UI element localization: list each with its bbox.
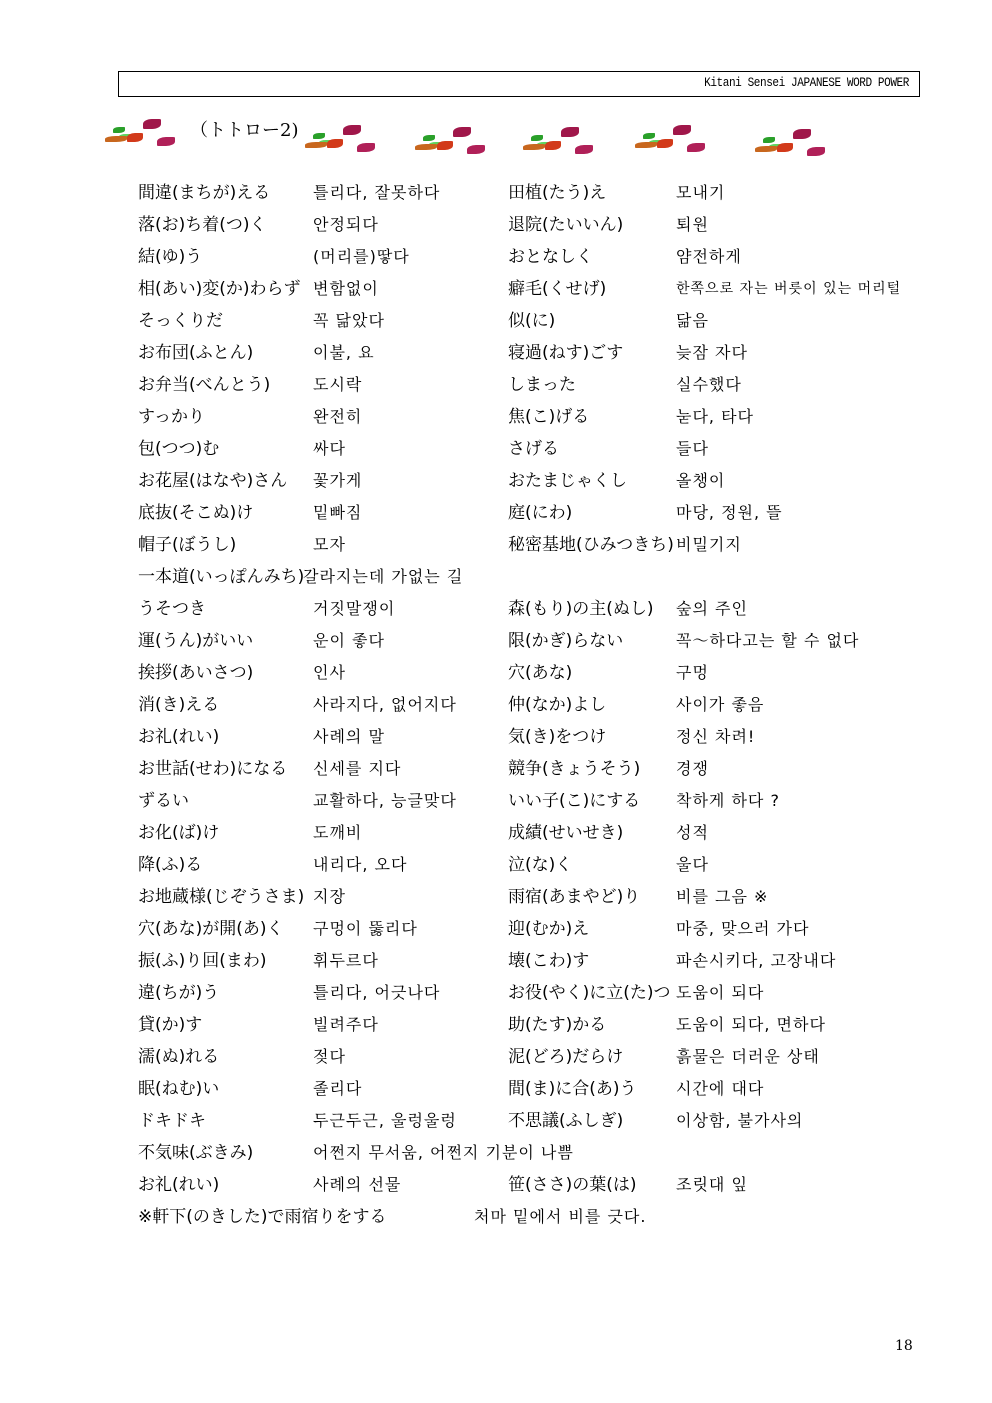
vocab-row: 間違(まちが)える틀리다, 잘못하다田植(たう)え모내기 [138,179,938,211]
korean-meaning: 사례의 말 [313,723,385,751]
autumn-leaves-icon [105,117,185,147]
japanese-term: 庭(にわ) [508,499,572,527]
japanese-term: 消(き)える [138,691,219,719]
japanese-term: 濡(ぬ)れる [138,1043,219,1071]
japanese-term: 不思議(ふしぎ) [508,1107,623,1135]
japanese-term: 結(ゆ)う [138,243,202,271]
korean-meaning: 흙물은 더러운 상태 [676,1043,820,1071]
korean-meaning: 구멍 [676,659,709,687]
korean-meaning: 비를 그음 ※ [676,883,768,911]
korean-meaning: 빌려주다 [313,1011,379,1039]
korean-meaning: 젖다 [313,1043,346,1071]
japanese-term: 落(お)ち着(つ)く [138,211,267,239]
japanese-term: 降(ふ)る [138,851,202,879]
vocab-row: うそつき거짓말쟁이森(もり)の主(ぬし)숲의 주인 [138,595,938,627]
japanese-term: おとなしく [508,243,593,271]
japanese-term: 退院(たいいん) [508,211,623,239]
korean-meaning: 파손시키다, 고장내다 [676,947,836,975]
vocab-row: ずるい교활하다, 능글맞다いい子(こ)にする착하게 하다 ? [138,787,938,819]
korean-meaning: 사라지다, 없어지다 [313,691,457,719]
japanese-term: さげる [508,435,559,463]
korean-meaning: 이상함, 불가사의 [676,1107,803,1135]
vocab-row: 包(つつ)む싸다さげる들다 [138,435,938,467]
korean-meaning: 갈라지는데 가없는 길 [303,563,463,591]
korean-meaning: 정신 차려! [676,723,755,751]
korean-meaning: 퇴원 [676,211,709,239]
korean-meaning: 틀리다, 잘못하다 [313,179,440,207]
korean-meaning: 시간에 대다 [676,1075,764,1103]
autumn-leaves-icon [415,125,495,155]
japanese-term: 間違(まちが)える [138,179,270,207]
vocab-row: お弁当(べんとう)도시락しまった실수했다 [138,371,938,403]
korean-meaning: 도움이 되다, 면하다 [676,1011,826,1039]
vocab-row: 帽子(ぼうし)모자秘密基地(ひみつきち)비밀기지 [138,531,938,563]
japanese-term: お花屋(はなや)さん [138,467,287,495]
japanese-term: うそつき [138,595,206,623]
japanese-term: 寝過(ねす)ごす [508,339,623,367]
korean-meaning: 어쩐지 무서움, 어쩐지 기분이 나쁨 [313,1139,574,1167]
japanese-term: 迎(むか)え [508,915,589,943]
japanese-term: おたまじゃくし [508,467,627,495]
vocab-row: お礼(れい)사례의 말気(き)をつけ정신 차려! [138,723,938,755]
korean-meaning: 한쪽으로 자는 버릇이 있는 머리털 [676,275,901,303]
vocab-row: お世話(せわ)になる신세를 지다競争(きょうそう)경쟁 [138,755,938,787]
korean-meaning: 구멍이 뚫리다 [313,915,418,943]
korean-meaning: 성적 [676,819,709,847]
japanese-term: 泣(な)く [508,851,572,879]
japanese-term: 運(うん)がいい [138,627,253,655]
japanese-term: 相(あい)変(か)わらず [138,275,301,303]
korean-meaning: 늦잠 자다 [676,339,748,367]
japanese-term: お化(ば)け [138,819,219,847]
vocab-row: 落(お)ち着(つ)く안정되다退院(たいいん)퇴원 [138,211,938,243]
korean-meaning: 틀리다, 어긋나다 [313,979,440,1007]
korean-meaning: 눋다, 타다 [676,403,754,431]
japanese-term: 癖毛(くせげ) [508,275,606,303]
vocab-row: お花屋(はなや)さん꽃가게おたまじゃくし올챙이 [138,467,938,499]
korean-meaning: 두근두근, 울렁울렁 [313,1107,457,1135]
japanese-term: 間(ま)に合(あ)う [508,1075,637,1103]
vocab-row: 底抜(そこぬ)け밑빠짐庭(にわ)마당, 정원, 뜰 [138,499,938,531]
japanese-term: ドキドキ [138,1107,206,1135]
vocab-row: 降(ふ)る내리다, 오다泣(な)く울다 [138,851,938,883]
korean-meaning: 꽃가게 [313,467,362,495]
section-title-row: （トトロー2) [105,113,845,153]
japanese-term: お地蔵様(じぞうさま) [138,883,304,911]
vocab-row: ドキドキ두근두근, 울렁울렁不思議(ふしぎ)이상함, 불가사의 [138,1107,938,1139]
vocab-row: すっかり완전히焦(こ)げる눋다, 타다 [138,403,938,435]
vocab-row: 一本道(いっぽんみち)갈라지는데 가없는 길 [138,563,938,595]
korean-meaning: 안정되다 [313,211,379,239]
japanese-term: 限(かぎ)らない [508,627,623,655]
vocab-row: 穴(あな)が開(あ)く구멍이 뚫리다迎(むか)え마중, 맞으러 가다 [138,915,938,947]
japanese-term: 似(に) [508,307,555,335]
korean-meaning: 내리다, 오다 [313,851,407,879]
korean-meaning: 인사 [313,659,346,687]
japanese-term: 競争(きょうそう) [508,755,640,783]
japanese-term: 穴(あな)が開(あ)く [138,915,284,943]
korean-meaning: 꼭 닮았다 [313,307,385,335]
korean-meaning: 마당, 정원, 뜰 [676,499,783,527]
korean-meaning: 완전히 [313,403,362,431]
korean-meaning: 밑빠짐 [313,499,362,527]
korean-meaning: 싸다 [313,435,346,463]
vocab-row: お礼(れい)사례의 선물笹(ささ)の葉(は)조릿대 잎 [138,1171,938,1203]
korean-meaning: 도시락 [313,371,362,399]
korean-meaning: 이불, 요 [313,339,375,367]
japanese-term: 貸(か)す [138,1011,202,1039]
korean-meaning: 변함없이 [313,275,379,303]
korean-meaning: 얌전하게 [676,243,742,271]
japanese-term: 不気味(ぶきみ) [138,1139,253,1167]
korean-meaning: 운이 좋다 [313,627,385,655]
korean-meaning: 교활하다, 능글맞다 [313,787,457,815]
japanese-term: 秘密基地(ひみつきち) [508,531,674,559]
japanese-term: お世話(せわ)になる [138,755,287,783]
korean-meaning: 휘두르다 [313,947,379,975]
vocab-row: そっくりだ꼭 닮았다似(に)닮음 [138,307,938,339]
vocab-row: お化(ば)け도깨비成績(せいせき)성적 [138,819,938,851]
korean-meaning: 경쟁 [676,755,709,783]
japanese-term: お礼(れい) [138,1171,219,1199]
korean-meaning: 착하게 하다 ? [676,787,780,815]
japanese-term: 助(たす)かる [508,1011,606,1039]
vocab-row: 運(うん)がいい운이 좋다限(かぎ)らない꼭～하다고는 할 수 없다 [138,627,938,659]
korean-meaning: 졸리다 [313,1075,362,1103]
japanese-term: いい子(こ)にする [508,787,640,815]
korean-meaning: 꼭～하다고는 할 수 없다 [676,627,859,655]
vocab-row: 貸(か)す빌려주다助(たす)かる도움이 되다, 면하다 [138,1011,938,1043]
vocab-row: 違(ちが)う틀리다, 어긋나다お役(やく)に立(た)つ도움이 되다 [138,979,938,1011]
japanese-term: ずるい [138,787,189,815]
japanese-term: 穴(あな) [508,659,572,687]
japanese-term: お弁当(べんとう) [138,371,270,399]
korean-meaning: 모자 [313,531,346,559]
japanese-term: すっかり [138,403,205,431]
korean-meaning: 거짓말쟁이 [313,595,395,623]
vocab-row: お布団(ふとん)이불, 요寝過(ねす)ごす늦잠 자다 [138,339,938,371]
japanese-term: 挨拶(あいさつ) [138,659,253,687]
japanese-term: 気(き)をつけ [508,723,606,751]
japanese-term: 田植(たう)え [508,179,606,207]
japanese-term: 壊(こわ)す [508,947,589,975]
japanese-term: お役(やく)に立(た)つ [508,979,671,1007]
autumn-leaves-icon [755,127,835,157]
korean-meaning: 신세를 지다 [313,755,401,783]
korean-meaning: 조릿대 잎 [676,1171,748,1199]
vocab-row: 消(き)える사라지다, 없어지다仲(なか)よし사이가 좋음 [138,691,938,723]
section-title: （トトロー2) [190,116,298,142]
note-japanese: ※軒下(のきした)で雨宿りをする [138,1203,387,1231]
korean-meaning: 마중, 맞으러 가다 [676,915,809,943]
page-number: 18 [895,1338,913,1354]
vocab-row: 結(ゆ)う(머리를)땋다おとなしく얌전하게 [138,243,938,275]
vocab-row: 濡(ぬ)れる젖다泥(どろ)だらけ흙물은 더러운 상태 [138,1043,938,1075]
running-header: Kitani Sensei JAPANESE WORD POWER [118,71,920,97]
vocab-row: 眠(ねむ)い졸리다間(ま)に合(あ)う시간에 대다 [138,1075,938,1107]
korean-meaning: 실수했다 [676,371,742,399]
vocab-row: 挨拶(あいさつ)인사穴(あな)구멍 [138,659,938,691]
vocab-row: 振(ふ)り回(まわ)휘두르다壊(こわ)す파손시키다, 고장내다 [138,947,938,979]
korean-meaning: 도깨비 [313,819,362,847]
japanese-term: 包(つつ)む [138,435,219,463]
vocabulary-list: 間違(まちが)える틀리다, 잘못하다田植(たう)え모내기落(お)ち着(つ)く안정… [138,179,938,1203]
vocab-row: 不気味(ぶきみ)어쩐지 무서움, 어쩐지 기분이 나쁨 [138,1139,938,1171]
japanese-term: 森(もり)の主(ぬし) [508,595,654,623]
japanese-term: しまった [508,371,576,399]
autumn-leaves-icon [305,123,385,153]
korean-meaning: 숲의 주인 [676,595,748,623]
japanese-term: 一本道(いっぽんみち) [138,563,304,591]
japanese-term: 笹(ささ)の葉(は) [508,1171,637,1199]
japanese-term: そっくりだ [138,307,223,335]
footnote: ※軒下(のきした)で雨宿りをする 처마 밑에서 비를 긋다. [138,1203,938,1235]
korean-meaning: (머리를)땋다 [313,243,410,271]
japanese-term: 成績(せいせき) [508,819,623,847]
note-korean: 처마 밑에서 비를 긋다. [474,1203,646,1231]
korean-meaning: 사례의 선물 [313,1171,401,1199]
korean-meaning: 사이가 좋음 [676,691,764,719]
autumn-leaves-icon [635,123,715,153]
vocab-row: 相(あい)変(か)わらず변함없이癖毛(くせげ)한쪽으로 자는 버릇이 있는 머리… [138,275,938,307]
japanese-term: 違(ちが)う [138,979,219,1007]
korean-meaning: 올챙이 [676,467,725,495]
header-title: Kitani Sensei JAPANESE WORD POWER [704,75,909,90]
japanese-term: 底抜(そこぬ)け [138,499,253,527]
autumn-leaves-icon [523,125,603,155]
korean-meaning: 모내기 [676,179,725,207]
japanese-term: 眠(ねむ)い [138,1075,219,1103]
korean-meaning: 도움이 되다 [676,979,764,1007]
korean-meaning: 비밀기지 [676,531,742,559]
japanese-term: 振(ふ)り回(まわ) [138,947,267,975]
japanese-term: 帽子(ぼうし) [138,531,236,559]
korean-meaning: 지장 [313,883,346,911]
korean-meaning: 닮음 [676,307,709,335]
japanese-term: お布団(ふとん) [138,339,253,367]
japanese-term: 雨宿(あまやど)り [508,883,640,911]
japanese-term: 焦(こ)げる [508,403,589,431]
japanese-term: 泥(どろ)だらけ [508,1043,623,1071]
korean-meaning: 들다 [676,435,709,463]
korean-meaning: 울다 [676,851,709,879]
vocab-row: お地蔵様(じぞうさま)지장雨宿(あまやど)り비를 그음 ※ [138,883,938,915]
japanese-term: 仲(なか)よし [508,691,606,719]
japanese-term: お礼(れい) [138,723,219,751]
